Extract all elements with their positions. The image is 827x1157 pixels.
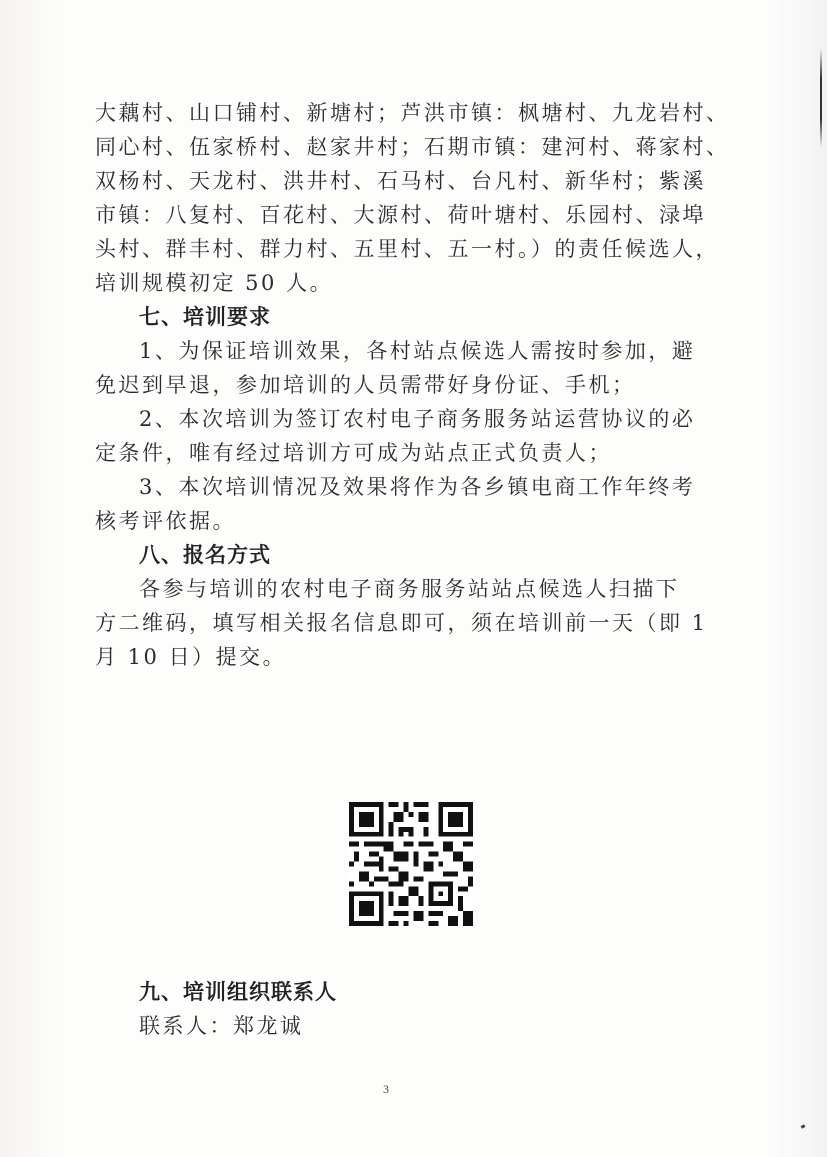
section-9: 九、培训组织联系人 联系人：郑龙诚 bbox=[95, 975, 725, 1043]
continuation-line: 头村、群丰村、群力村、五里村、五一村。）的责任候选人， bbox=[95, 232, 725, 266]
scan-speck bbox=[801, 1124, 806, 1129]
continuation-line: 双杨村、天龙村、洪井村、石马村、台凡村、新华村；紫溪 bbox=[95, 164, 725, 198]
requirement-2-line: 定条件，唯有经过培训方可成为站点正式负责人； bbox=[95, 436, 725, 470]
continuation-line: 培训规模初定 50 人。 bbox=[95, 266, 725, 300]
contact-line: 联系人：郑龙诚 bbox=[95, 1009, 725, 1043]
registration-line: 方二维码，填写相关报名信息即可，须在培训前一天（即 1 bbox=[95, 606, 725, 640]
requirement-2-line: 2、本次培训为签订农村电子商务服务站运营协议的必 bbox=[95, 402, 725, 436]
contact-label: 联系人： bbox=[139, 1014, 233, 1038]
page-body: 大藕村、山口铺村、新塘村；芦洪市镇：枫塘村、九龙岩村、 同心村、伍家桥村、赵家井… bbox=[95, 96, 725, 674]
requirement-1-line: 1、为保证培训效果，各村站点候选人需按时参加，避 bbox=[95, 334, 725, 368]
registration-qr-code[interactable] bbox=[348, 802, 474, 926]
page-number: 3 bbox=[383, 1082, 389, 1097]
continuation-line: 大藕村、山口铺村、新塘村；芦洪市镇：枫塘村、九龙岩村、 bbox=[95, 96, 725, 130]
section-8-heading: 八、报名方式 bbox=[95, 538, 725, 572]
qr-code-icon bbox=[348, 802, 474, 926]
requirement-1-line: 免迟到早退，参加培训的人员需带好身份证、手机； bbox=[95, 368, 725, 402]
scan-edge-shadow bbox=[820, 48, 822, 148]
document-page: 大藕村、山口铺村、新塘村；芦洪市镇：枫塘村、九龙岩村、 同心村、伍家桥村、赵家井… bbox=[0, 0, 827, 1157]
continuation-line: 同心村、伍家桥村、赵家井村；石期市镇：建河村、蒋家村、 bbox=[95, 130, 725, 164]
section-7-heading: 七、培训要求 bbox=[95, 300, 725, 334]
continuation-line: 市镇：八复村、百花村、大源村、荷叶塘村、乐园村、渌埠 bbox=[95, 198, 725, 232]
requirement-3-line: 3、本次培训情况及效果将作为各乡镇电商工作年终考 bbox=[95, 470, 725, 504]
registration-line: 月 10 日）提交。 bbox=[95, 640, 725, 674]
section-9-heading: 九、培训组织联系人 bbox=[95, 975, 725, 1009]
contact-name: 郑龙诚 bbox=[233, 1014, 304, 1038]
registration-line: 各参与培训的农村电子商务服务站站点候选人扫描下 bbox=[95, 572, 725, 606]
requirement-3-line: 核考评依据。 bbox=[95, 504, 725, 538]
